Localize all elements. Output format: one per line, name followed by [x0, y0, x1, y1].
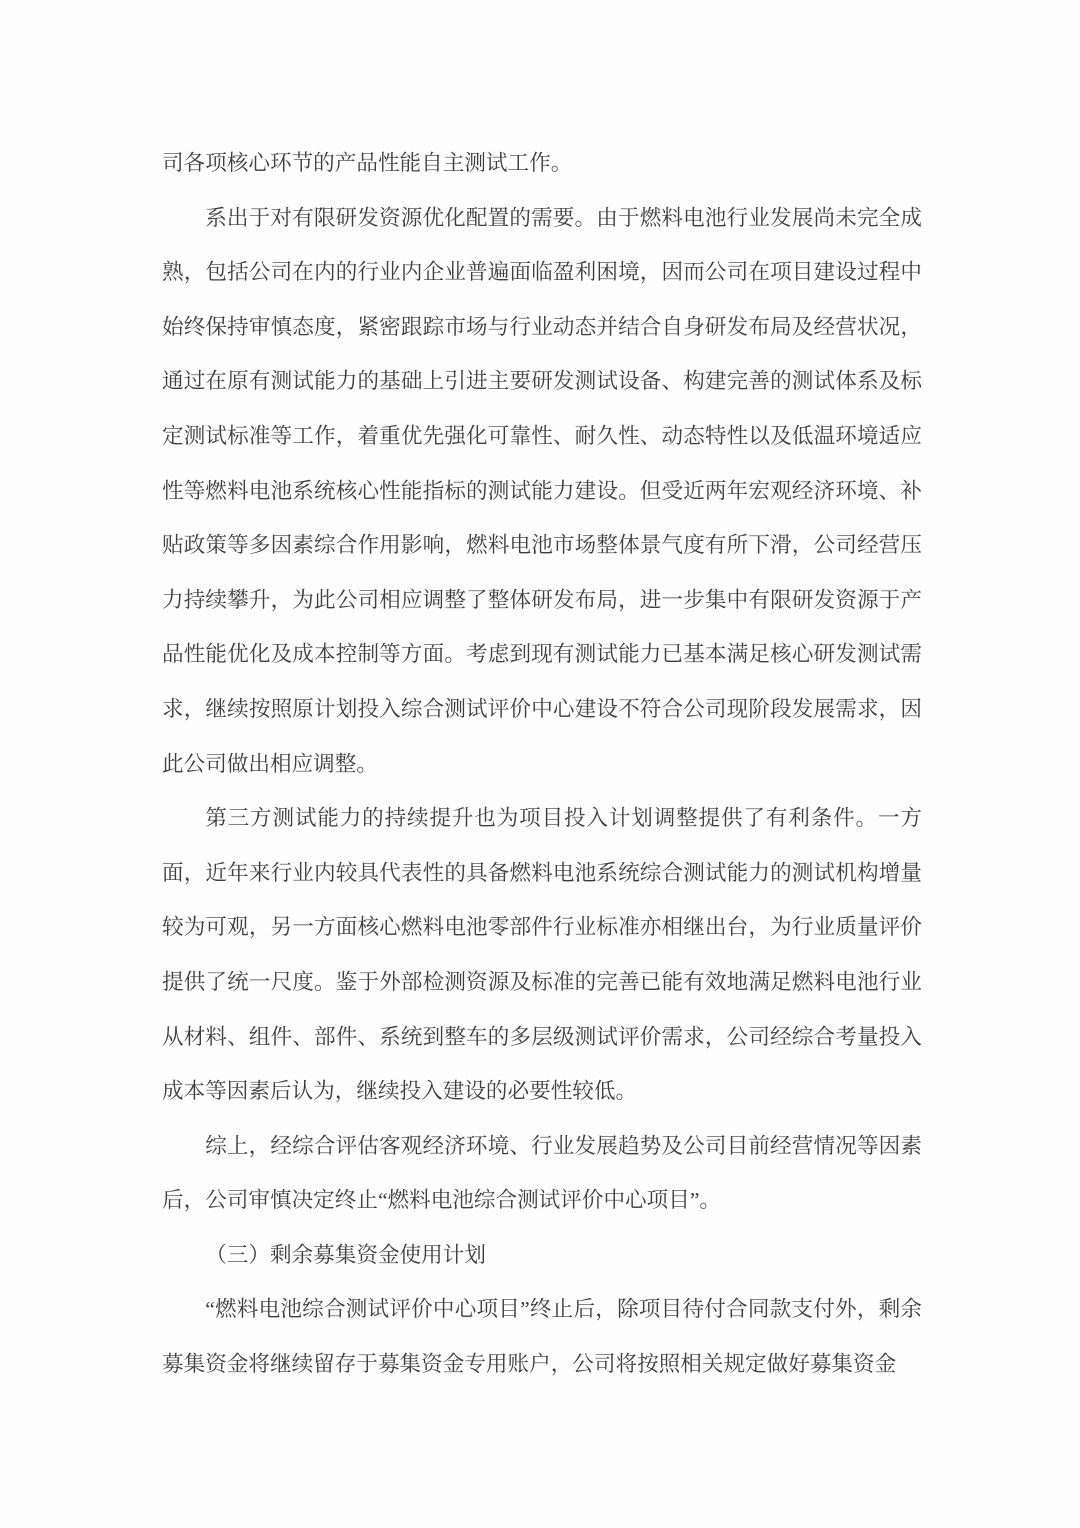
paragraph-continuation: 司各项核心环节的产品性能自主测试工作。 [162, 136, 922, 191]
document-page: 司各项核心环节的产品性能自主测试工作。 系出于对有限研发资源优化配置的需要。由于… [0, 0, 1080, 1528]
paragraph-conclusion-termination: 综上，经综合评估客观经济环境、行业发展趋势及公司目前经营情况等因素后，公司审慎决… [162, 1119, 922, 1228]
paragraph-remaining-funds-usage: “燃料电池综合测试评价中心项目”终止后，除项目待付合同款支付外，剩余募集资金将继… [162, 1282, 922, 1391]
paragraph-third-party-testing: 第三方测试能力的持续提升也为项目投入计划调整提供了有利条件。一方面，近年来行业内… [162, 791, 922, 1119]
section-heading-remaining-funds-plan: （三）剩余募集资金使用计划 [162, 1228, 922, 1283]
paragraph-reason-resource-allocation: 系出于对有限研发资源优化配置的需要。由于燃料电池行业发展尚未完全成熟，包括公司在… [162, 191, 922, 792]
